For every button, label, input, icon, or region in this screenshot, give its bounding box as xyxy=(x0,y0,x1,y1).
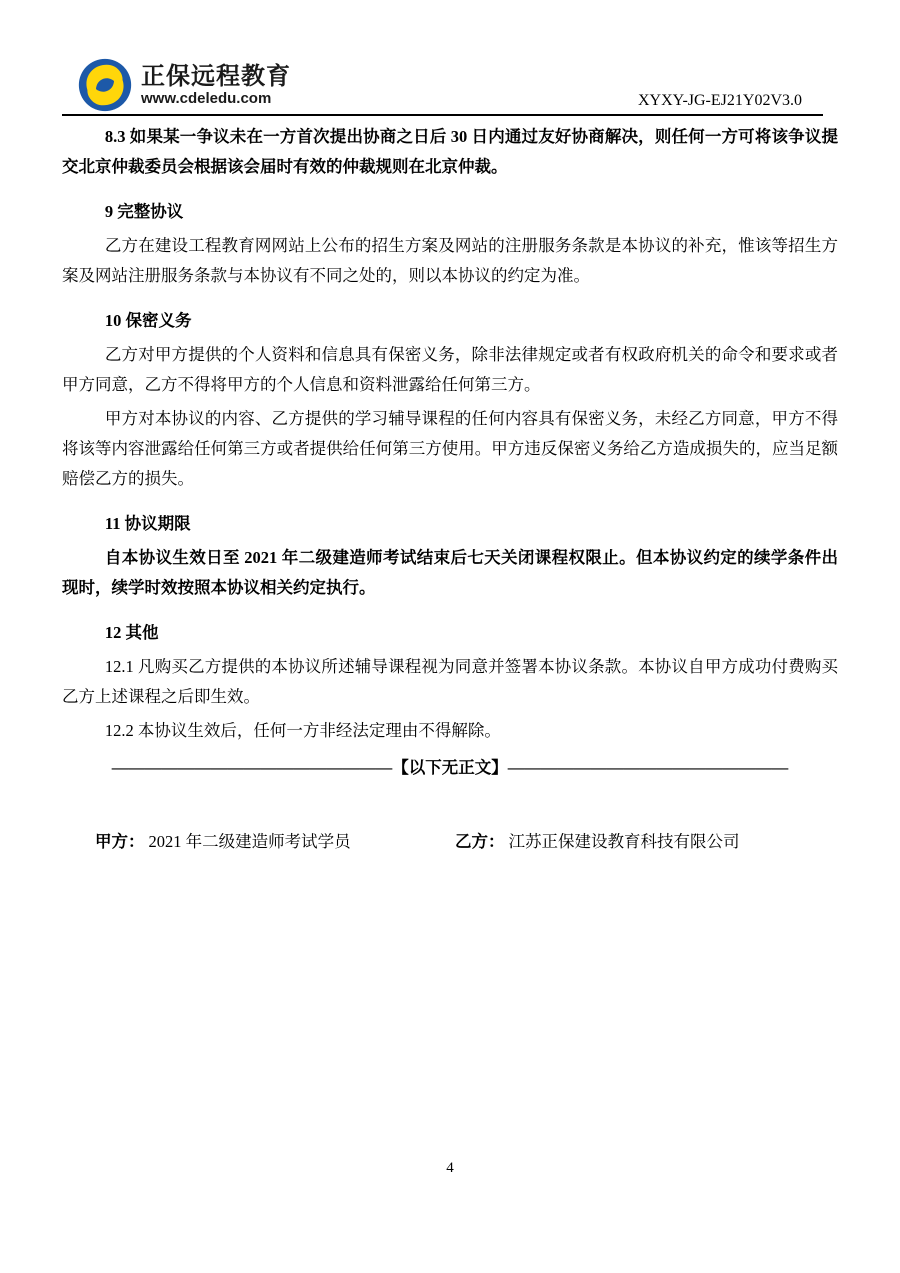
party-a-label: 甲方： xyxy=(95,832,145,851)
clause-12-1: 12.1 凡购买乙方提供的本协议所述辅导课程视为同意并签署本协议条款。本协议自甲… xyxy=(62,652,838,712)
divider-dashes-right: ————————————————— xyxy=(508,758,789,777)
page-number: 4 xyxy=(446,1160,454,1176)
page-header: 正保远程教育 www.cdeledu.com XYXY-JG-EJ21Y02V3… xyxy=(78,58,838,112)
signature-row: 甲方：2021 年二级建造师考试学员 乙方：江苏正保建设教育科技有限公司 xyxy=(62,827,838,857)
end-of-text-label: 【以下无正文】 xyxy=(392,758,508,777)
document-page: 正保远程教育 www.cdeledu.com XYXY-JG-EJ21Y02V3… xyxy=(0,0,900,1273)
section-11-paragraph: 自本协议生效日至 2021 年二级建造师考试结束后七天关闭课程权限止。但本协议约… xyxy=(62,543,838,603)
document-body: 8.3 如果某一争议未在一方首次提出协商之日后 30 日内通过友好协商解决，则任… xyxy=(62,118,838,857)
section-10-paragraph-2: 甲方对本协议的内容、乙方提供的学习辅导课程的任何内容具有保密义务，未经乙方同意，… xyxy=(62,404,838,494)
header-divider-line xyxy=(62,114,823,116)
brand-website: www.cdeledu.com xyxy=(141,90,291,107)
end-of-text-divider: —————————————————【以下无正文】————————————————… xyxy=(62,753,838,783)
section-12-heading: 12 其他 xyxy=(62,618,838,648)
clause-12-2: 12.2 本协议生效后，任何一方非经法定理由不得解除。 xyxy=(62,716,838,746)
divider-dashes-left: ————————————————— xyxy=(112,758,393,777)
brand-text-block: 正保远程教育 www.cdeledu.com xyxy=(141,63,291,107)
section-10-heading: 10 保密义务 xyxy=(62,306,838,336)
party-a-signature: 甲方：2021 年二级建造师考试学员 xyxy=(95,827,351,857)
section-9-paragraph: 乙方在建设工程教育网网站上公布的招生方案及网站的注册服务条款是本协议的补充，惟该… xyxy=(62,231,838,291)
section-9-heading: 9 完整协议 xyxy=(62,197,838,227)
party-b-name: 江苏正保建设教育科技有限公司 xyxy=(505,832,740,851)
brand-name: 正保远程教育 xyxy=(141,63,291,90)
page-footer: 4 xyxy=(0,1160,900,1177)
section-11-heading: 11 协议期限 xyxy=(62,509,838,539)
document-code: XYXY-JG-EJ21Y02V3.0 xyxy=(638,91,802,112)
brand-logo: 正保远程教育 www.cdeledu.com xyxy=(78,58,291,112)
party-b-signature: 乙方：江苏正保建设教育科技有限公司 xyxy=(455,827,740,857)
clause-8-3: 8.3 如果某一争议未在一方首次提出协商之日后 30 日内通过友好协商解决，则任… xyxy=(62,122,838,182)
brand-swirl-icon xyxy=(78,58,132,112)
party-a-name: 2021 年二级建造师考试学员 xyxy=(145,832,351,851)
party-b-label: 乙方： xyxy=(455,832,505,851)
section-10-paragraph-1: 乙方对甲方提供的个人资料和信息具有保密义务，除非法律规定或者有权政府机关的命令和… xyxy=(62,340,838,400)
